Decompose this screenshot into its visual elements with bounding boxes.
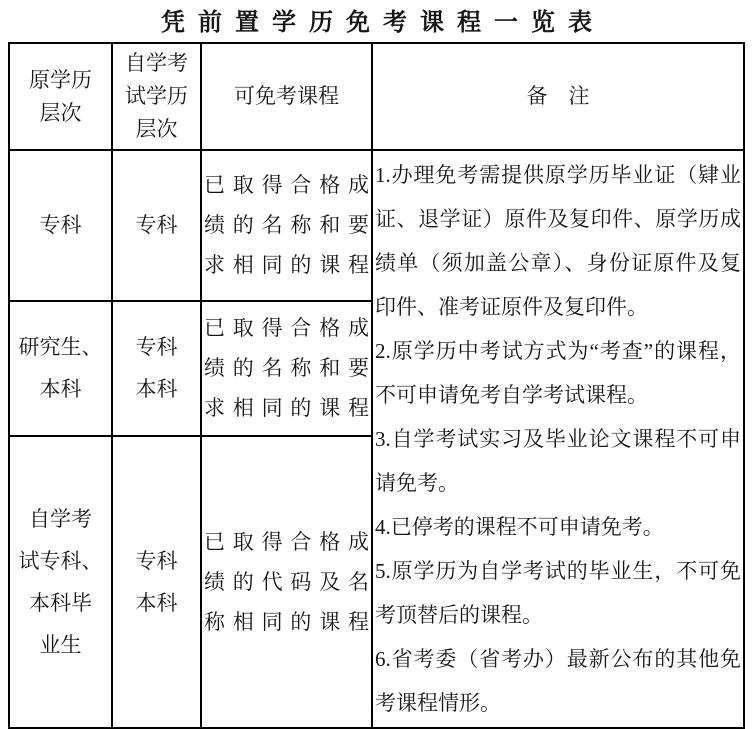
remark-item-1: 1.办理免考需提供原学历毕业证（肄业证、退学证）原件及复印件、原学历成绩单（须加… [375, 153, 741, 329]
cell-selfstudy-level: 专科 [112, 150, 201, 301]
document-page: 凭前置学历免考课程一览表 原学历 层次 自学考 试学历 层次 可免考课程 备 注… [0, 6, 753, 729]
cell-exempt-courses: 已取得合格成 绩的代码及名 称相同的课程 [201, 436, 372, 728]
remark-item-5: 5.原学历为自学考试的毕业生，不可免考顶替后的课程。 [375, 549, 741, 637]
remark-item-4: 4.已停考的课程不可申请免考。 [375, 505, 741, 549]
header-original-level: 原学历 层次 [9, 43, 112, 150]
table-row-zhuanke: 专科 专科 已取得合格成 绩的名称和要 求相同的课程 1.办理免考需提供原学历毕… [9, 150, 744, 301]
cell-selfstudy-level: 专科 本科 [112, 436, 201, 728]
cell-original-level: 研究生、 本科 [9, 301, 112, 436]
cell-selfstudy-level: 专科 本科 [112, 301, 201, 436]
cell-remarks: 1.办理免考需提供原学历毕业证（肄业证、退学证）原件及复印件、原学历成绩单（须加… [372, 150, 744, 728]
header-selfstudy-level: 自学考 试学历 层次 [112, 43, 201, 150]
cell-original-level: 自学考 试专科、 本科毕 业生 [9, 436, 112, 728]
remark-item-2: 2.原学历中考试方式为“考查”的课程，不可申请免考自学考试课程。 [375, 329, 741, 417]
exemption-course-table: 原学历 层次 自学考 试学历 层次 可免考课程 备 注 专科 专科 已取得合格成… [8, 42, 745, 729]
cell-exempt-courses: 已取得合格成 绩的名称和要 求相同的课程 [201, 301, 372, 436]
page-title: 凭前置学历免考课程一览表 [0, 6, 753, 40]
remark-item-6: 6.省考委（省考办）最新公布的其他免考课程情形。 [375, 637, 741, 725]
cell-original-level: 专科 [9, 150, 112, 301]
remark-item-3: 3.自学考试实习及毕业论文课程不可申请免考。 [375, 417, 741, 505]
table-header-row: 原学历 层次 自学考 试学历 层次 可免考课程 备 注 [9, 43, 744, 150]
header-remarks: 备 注 [372, 43, 744, 150]
header-exempt-courses: 可免考课程 [201, 43, 372, 150]
cell-exempt-courses: 已取得合格成 绩的名称和要 求相同的课程 [201, 150, 372, 301]
